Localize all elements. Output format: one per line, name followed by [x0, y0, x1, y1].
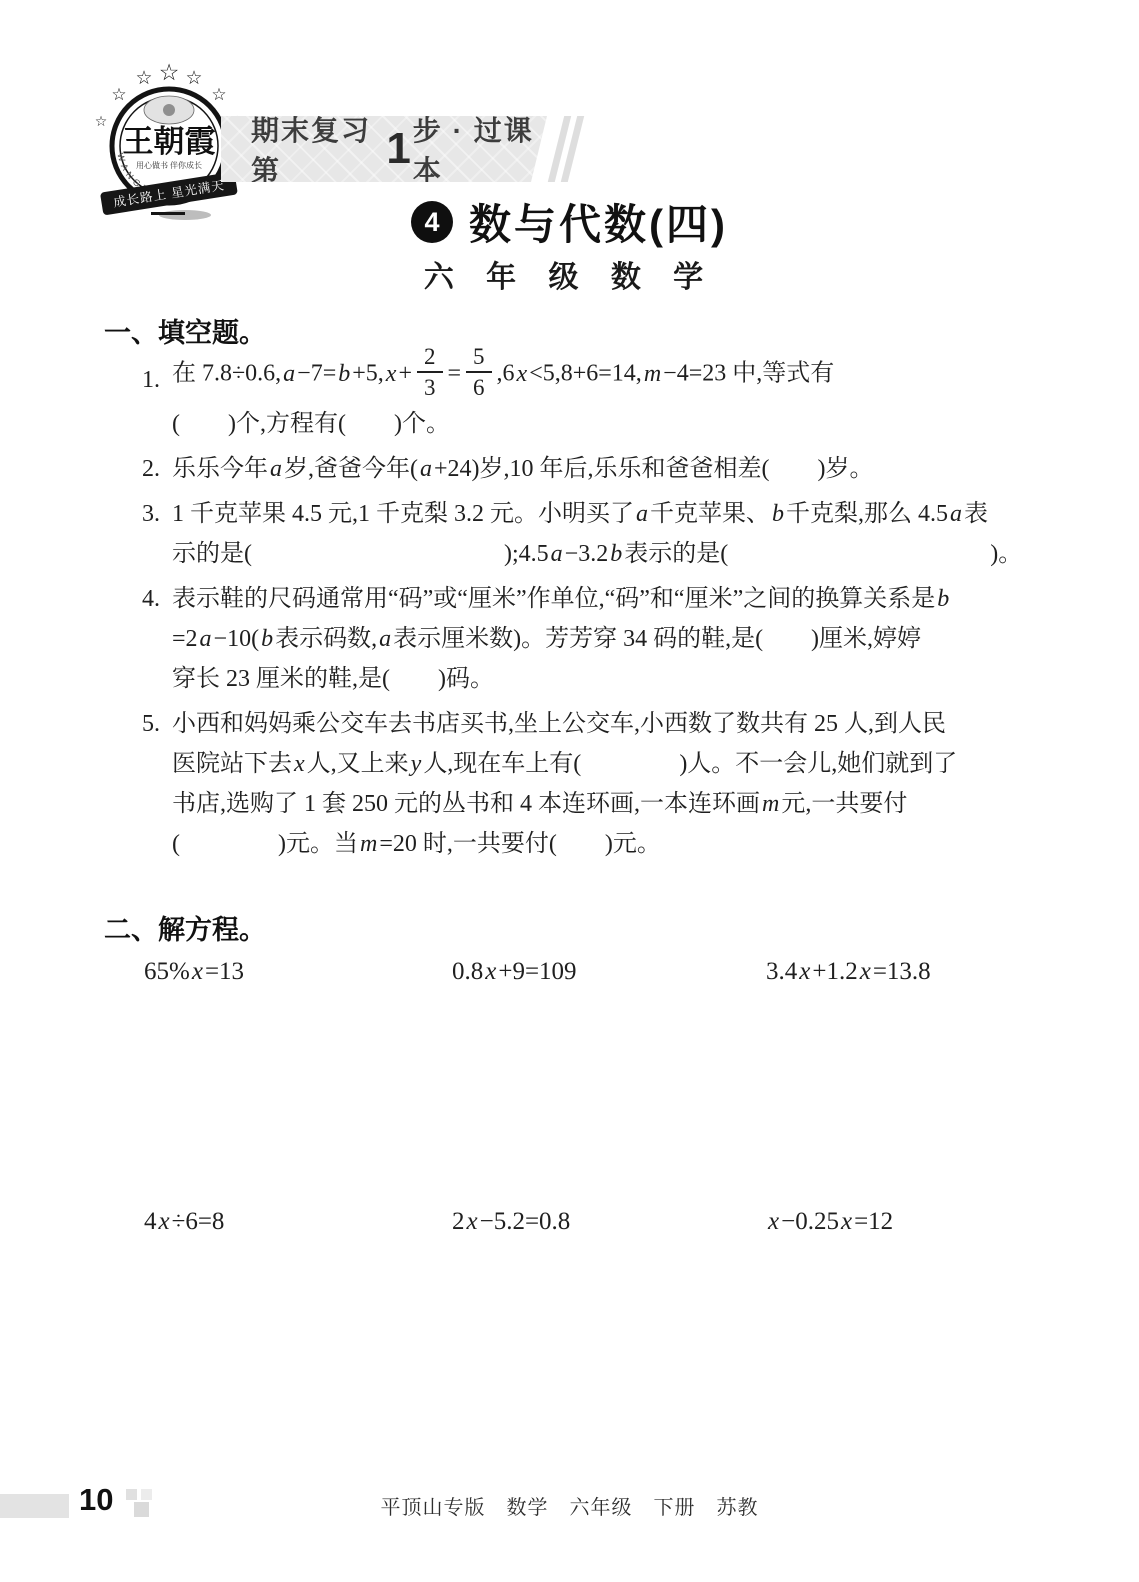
banner-suffix: 步 · 过课本 — [413, 109, 547, 189]
equation-5: 2x−5.2=0.8 — [452, 1205, 570, 1239]
section-2-label: 二、解方程。 — [104, 908, 266, 947]
question-body: 在 7.8÷0.6,a−7=b+5,x+23=56,6x<5,8+6=14,m−… — [172, 346, 1032, 444]
footer-text: 平顶山专版 数学 六年级 下册 苏教 — [0, 1491, 1139, 1520]
question-body: 1 千克苹果 4.5 元,1 千克梨 3.2 元。小明买了a千克苹果、b千克梨,… — [172, 494, 1032, 574]
question-number: 3. — [142, 494, 160, 534]
portrait-face — [163, 104, 175, 116]
question-2: 2. 乐乐今年a岁,爸爸今年(a+24)岁,10 年后,乐乐和爸爸相差( )岁。 — [142, 449, 1032, 489]
equation-3: 3.4x+1.2x=13.8 — [766, 955, 931, 989]
question-4: 4. 表示鞋的尺码通常用“码”或“厘米”作单位,“码”和“厘米”之间的换算关系是… — [142, 579, 1032, 699]
star-icon: ☆ — [135, 67, 152, 89]
star-icon: ☆ — [185, 67, 202, 89]
question-number: 1. — [142, 360, 160, 400]
banner-prefix: 期末复习第 — [251, 109, 384, 189]
page-title: 数与代数(四) — [469, 192, 728, 252]
star-icon: ☆ — [159, 60, 180, 86]
page-subtitle: 六 年 级 数 学 — [0, 252, 1139, 296]
worksheet-page: ☆ ☆ ☆ ☆ ☆ ☆ ☆ WANGZHAOXIA 王朝霞 用心做书 伴你成长 … — [0, 0, 1139, 1582]
page-title-row: 4数与代数(四) — [0, 192, 1139, 252]
question-1: 1. 在 7.8÷0.6,a−7=b+5,x+23=56,6x<5,8+6=14… — [142, 346, 1032, 444]
equation-4: 4x÷6=8 — [144, 1205, 224, 1239]
question-3: 3. 1 千克苹果 4.5 元,1 千克梨 3.2 元。小明买了a千克苹果、b千… — [142, 494, 1032, 574]
question-body: 表示鞋的尺码通常用“码”或“厘米”作单位,“码”和“厘米”之间的换算关系是b=2… — [172, 579, 1032, 699]
question-number: 4. — [142, 579, 160, 619]
equation-2: 0.8x+9=109 — [452, 955, 577, 989]
question-number: 5. — [142, 704, 160, 744]
questions-list: 1. 在 7.8÷0.6,a−7=b+5,x+23=56,6x<5,8+6=14… — [142, 346, 1032, 869]
star-icon: ☆ — [111, 85, 126, 105]
section-1-label: 一、填空题。 — [104, 311, 266, 350]
banner-step-number: 1 — [386, 127, 410, 171]
star-icon: ☆ — [211, 85, 226, 105]
title-number-badge: 4 — [411, 201, 453, 243]
question-body: 乐乐今年a岁,爸爸今年(a+24)岁,10 年后,乐乐和爸爸相差( )岁。 — [172, 449, 1032, 489]
question-body: 小西和妈妈乘公交车去书店买书,坐上公交车,小西数了数共有 25 人,到人民医院站… — [172, 704, 1032, 864]
equation-6: x−0.25x=12 — [766, 1205, 893, 1239]
equation-1: 65%x=13 — [144, 955, 244, 989]
brand-name: 王朝霞 — [123, 124, 216, 159]
brand-tagline: 用心做书 伴你成长 — [136, 160, 202, 170]
star-icon: ☆ — [95, 114, 108, 130]
header-banner: 期末复习第 1 步 · 过课本 — [221, 116, 547, 182]
question-number: 2. — [142, 449, 160, 489]
question-5: 5. 小西和妈妈乘公交车去书店买书,坐上公交车,小西数了数共有 25 人,到人民… — [142, 704, 1032, 864]
